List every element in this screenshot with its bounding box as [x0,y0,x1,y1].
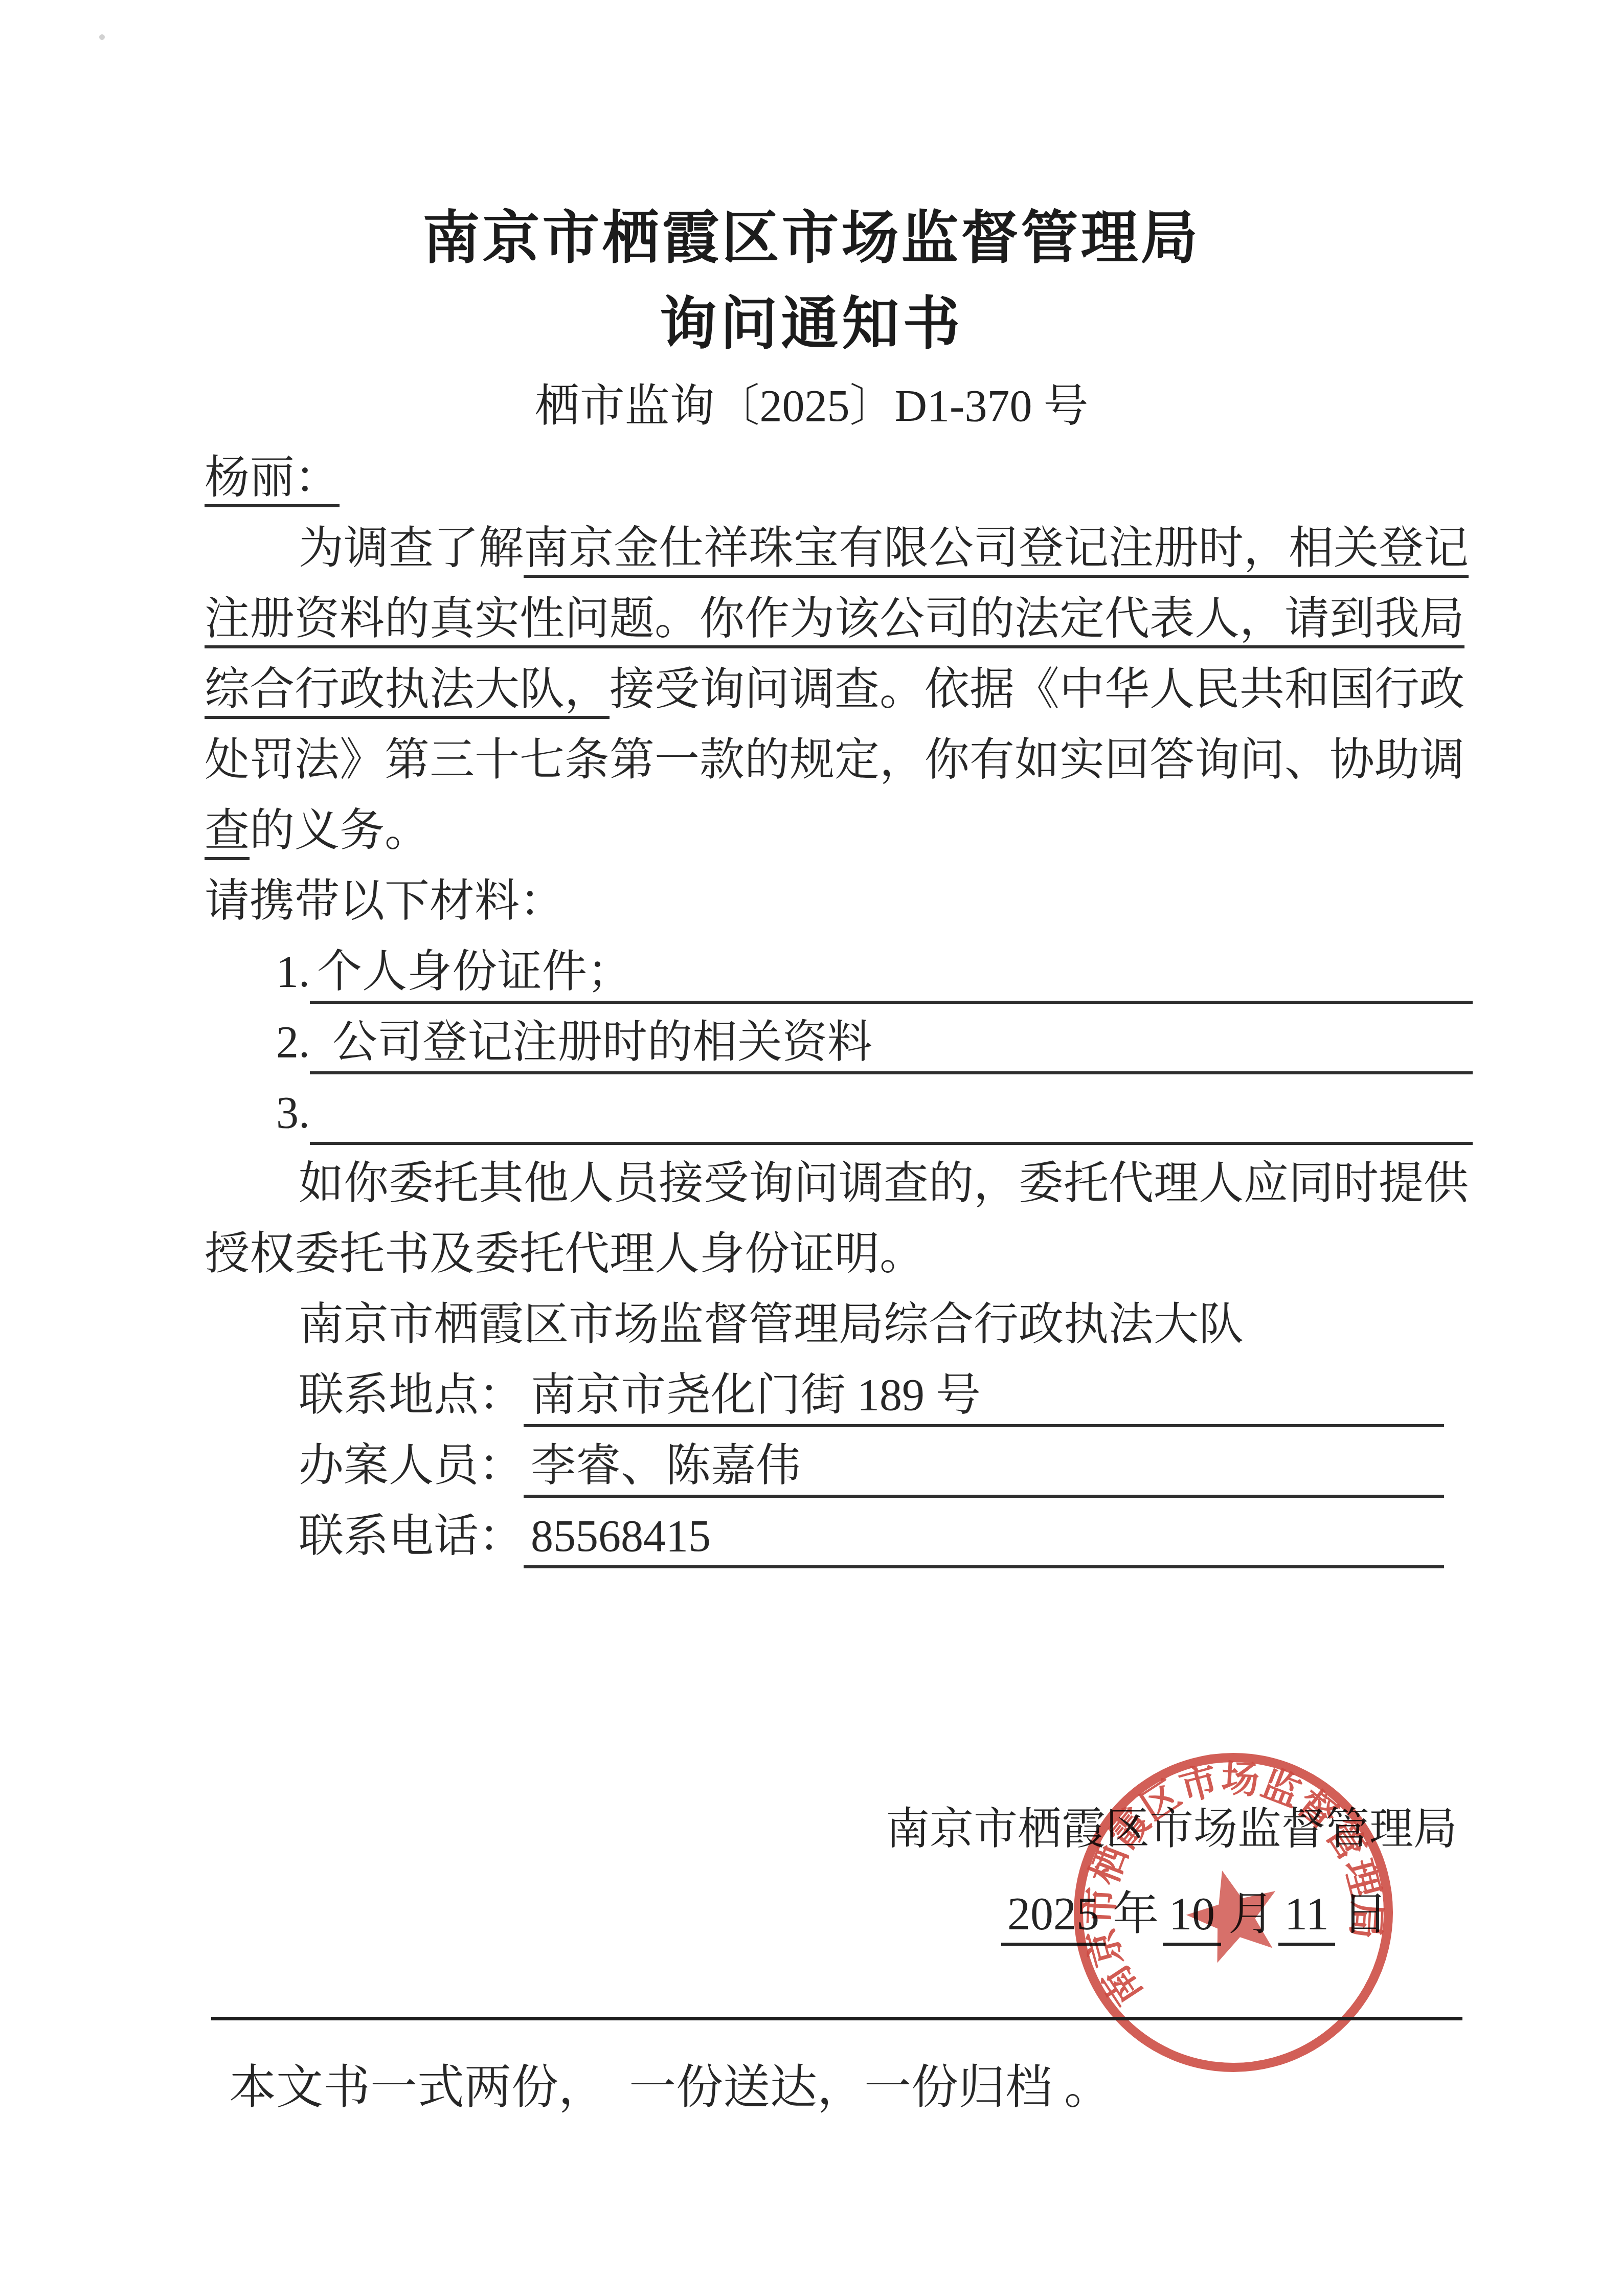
materials-heading: 请携带以下材料： [205,866,1473,937]
addressee-line: 杨丽： [205,443,1473,513]
paragraph1-line2: 注册资料的真实性问题。你作为该公司的法定代表人，请到我局 [205,584,1473,655]
document-number: 栖市监询〔2025〕D1-370 号 [0,378,1623,435]
case-officers-label: 办案人员： [299,1431,524,1501]
department-filled: 综合行政执法大队， [205,665,610,719]
contact-phone-value: 85568415 [524,1501,1444,1568]
para1-line1-plain: 为调查了解 [299,524,524,573]
paragraph1-line3: 综合行政执法大队，接受询问调查。依据《中华人民共和国行政 [205,655,1473,725]
contact-location-value: 南京市尧化门街 189 号 [524,1360,1444,1427]
addressee: 杨丽： [205,453,340,507]
agency-title: 南京市栖霞区市场监督管理局 [0,200,1623,277]
item-number: 3. [276,1078,310,1149]
para1-line4-plain: 处罚法》第三十七条第一款的规定，你有如实回答询问、协助调 [205,735,1464,785]
seal-star-icon [1178,1859,1290,1968]
document-type-title: 询问通知书 [0,286,1623,363]
paragraph1-line4: 处罚法》第三十七条第一款的规定，你有如实回答询问、协助调 [205,725,1473,796]
contact-phone-line: 联系电话：85568415 [205,1501,1444,1572]
contact-phone-label: 联系电话： [299,1501,524,1572]
item-text-blank: 公司登记注册时的相关资料 [310,1007,1473,1074]
item-number: 2. [276,1007,310,1078]
item-number: 1. [276,937,310,1007]
document-page: 南京市栖霞区市场监督管理局 询问通知书 栖市监询〔2025〕D1-370 号 杨… [0,0,1623,2296]
material-item-1: 1.个人身份证件； [205,937,1473,1007]
para1-line3-plain: 接受询问调查。依据《中华人民共和国行政 [610,665,1464,714]
case-officers-value: 李睿、陈嘉伟 [524,1431,1444,1498]
scan-speck [99,34,105,40]
paragraph2-line2: 授权委托书及委托代理人身份证明。 [205,1219,1473,1290]
material-item-2: 2.公司登记注册时的相关资料 [205,1007,1473,1078]
case-officers-line: 办案人员：李睿、陈嘉伟 [205,1431,1444,1501]
para1-line2-underlined: 注册资料的真实性问题。你作为该公司的法定代表人，请到我局 [205,594,1464,648]
contact-location-line: 联系地点：南京市尧化门街 189 号 [205,1360,1444,1431]
svg-text:南京市栖霞区市场监督管理局: 南京市栖霞区市场监督管理局 [1070,1749,1397,2016]
para1-line5-plain: 的义务。 [250,806,430,856]
material-item-3: 3. [205,1078,1473,1149]
footer-note: 本文书一式两份， 一份送达，一份归档 。 [229,2057,1111,2118]
official-seal-stamp: 南京市栖霞区市场监督管理局 [1070,1749,1397,2076]
company-name-filled: 南京金仕祥珠宝有限公司登记注册时，相关登记 [524,524,1469,578]
issuing-department-line: 南京市栖霞区市场监督管理局综合行政执法大队 [205,1290,1473,1360]
paragraph1-line5: 查的义务。 [205,796,1473,866]
seal-ring-text: 南京市栖霞区市场监督管理局 [1070,1749,1397,2016]
document-body: 杨丽： 为调查了解南京金仕祥珠宝有限公司登记注册时，相关登记 注册资料的真实性问… [205,443,1473,1572]
item-text-blank [310,1078,1473,1145]
contact-location-label: 联系地点： [299,1360,524,1431]
item-text-blank: 个人身份证件； [310,937,1473,1004]
para1-line5-underlined: 查 [205,806,250,860]
divider-line [211,2017,1462,2020]
paragraph1-line1: 为调查了解南京金仕祥珠宝有限公司登记注册时，相关登记 [205,513,1473,584]
paragraph2-line1: 如你委托其他人员接受询问调查的，委托代理人应同时提供 [205,1149,1473,1219]
